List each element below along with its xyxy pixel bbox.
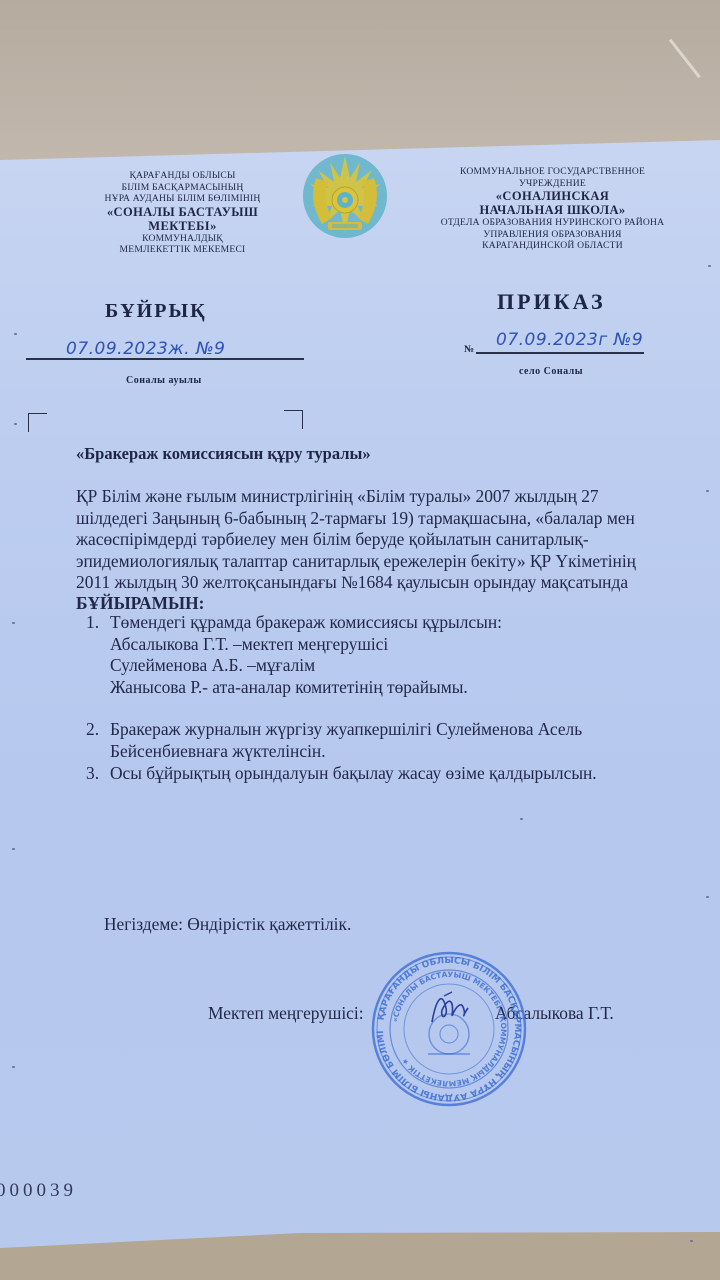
paper-speck bbox=[706, 896, 709, 898]
number-sign-ru: № bbox=[464, 344, 475, 355]
header-left-line: БІЛІМ БАСҚАРМАСЫНЫҢ bbox=[70, 182, 295, 194]
item-number: 3. bbox=[86, 763, 99, 785]
header-right-ru: КОММУНАЛЬНОЕ ГОСУДАРСТВЕННОЕ УЧРЕЖДЕНИЕ … bbox=[410, 166, 695, 252]
header-right-line: КОММУНАЛЬНОЕ ГОСУДАРСТВЕННОЕ bbox=[410, 166, 695, 178]
item-number: 1. bbox=[86, 612, 99, 634]
header-right-line: УПРАВЛЕНИЯ ОБРАЗОВАНИЯ bbox=[410, 229, 695, 241]
preamble-line: ҚР Білім және ғылым министрлігінің «Білі… bbox=[76, 486, 716, 508]
paper-speck bbox=[690, 1240, 693, 1242]
order-item-1: 1. Төмендегі құрамда бракераж комиссиясы… bbox=[110, 612, 716, 698]
date-underline-ru bbox=[476, 352, 644, 354]
paper-speck bbox=[12, 1066, 15, 1068]
header-right-line: ОТДЕЛА ОБРАЗОВАНИЯ НУРИНСКОГО РАЙОНА bbox=[410, 217, 695, 229]
header-right-line: УЧРЕЖДЕНИЕ bbox=[410, 178, 695, 190]
item-line: Бейсенбиевнаға жүктелінсін. bbox=[110, 741, 716, 763]
school-name-kz-2: МЕКТЕБІ» bbox=[70, 219, 295, 233]
school-name-kz: «СОНАЛЫ БАСТАУЫШ bbox=[70, 205, 295, 219]
preamble-line: жасөспірімдерді тәрбиелеу мен білім беру… bbox=[76, 529, 716, 551]
header-left-line: МЕМЛЕКЕТТІК МЕКЕМЕСІ bbox=[70, 244, 295, 256]
paper-speck bbox=[14, 423, 17, 425]
committee-member: Абсалыкова Г.Т. –мектеп меңгерушісі bbox=[110, 634, 716, 656]
place-ru: село Соналы bbox=[519, 366, 583, 377]
document-subject: «Бракераж комиссиясын құру туралы» bbox=[76, 444, 371, 464]
order-word: БҰЙЫРАМЫН: bbox=[76, 594, 716, 612]
preamble-line: эпидемиологиялық талаптар санитарлық ере… bbox=[76, 551, 716, 573]
preamble-line: шілдедегі Заңының 6-бабының 2-тармағы 19… bbox=[76, 508, 716, 530]
paper-speck bbox=[12, 848, 15, 850]
paper-speck bbox=[706, 490, 709, 492]
corner-bracket-right bbox=[284, 410, 303, 429]
paper-speck bbox=[520, 818, 523, 820]
header-left-line: КОММУНАЛДЫҚ bbox=[70, 233, 295, 245]
school-name-ru-2: НАЧАЛЬНАЯ ШКОЛА» bbox=[410, 203, 695, 217]
item-line: Төмендегі құрамда бракераж комиссиясы құ… bbox=[110, 612, 716, 634]
basis-line: Негіздеме: Өндірістік қажеттілік. bbox=[104, 914, 351, 935]
signatory-position: Мектеп меңгерушісі: bbox=[208, 1003, 364, 1024]
item-line: Бракераж журналын жүргізу жуапкершілігі … bbox=[110, 719, 716, 741]
item-number: 2. bbox=[86, 719, 99, 741]
handwritten-date-ru: 07.09.2023г №9 bbox=[496, 330, 643, 350]
paper-speck bbox=[14, 333, 17, 335]
school-name-ru: «СОНАЛИНСКАЯ bbox=[410, 189, 695, 203]
header-left-line: ҚАРАҒАНДЫ ОБЛЫСЫ bbox=[70, 170, 295, 182]
committee-member: Жанысова Р.- ата-аналар комитетінің төра… bbox=[110, 677, 716, 699]
item-line: Осы бұйрықтың орындалуын бақылау жасау ө… bbox=[110, 763, 716, 785]
header-left-line: НҰРА АУДАНЫ БІЛІМ БӨЛІМІНІҢ bbox=[70, 193, 295, 205]
serial-number: 000039 bbox=[0, 1180, 77, 1202]
state-emblem-icon bbox=[302, 148, 388, 244]
date-underline-kz bbox=[26, 358, 304, 360]
committee-member: Сулейменова А.Б. –мұғалім bbox=[110, 655, 716, 677]
preamble-line: 2011 жылдың 30 желтоқсанындағы №1684 қау… bbox=[76, 572, 716, 594]
document-body: ҚР Білім және ғылым министрлігінің «Білі… bbox=[76, 486, 716, 784]
official-stamp-icon: ҚАРАҒАНДЫ ОБЛЫСЫ БІЛІМ БАСҚАРМАСЫНЫҢ НҰР… bbox=[370, 950, 528, 1108]
order-item-3: 3. Осы бұйрықтың орындалуын бақылау жаса… bbox=[110, 763, 716, 785]
order-item-2: 2. Бракераж журналын жүргізу жуапкершілі… bbox=[110, 719, 716, 762]
header-left-kz: ҚАРАҒАНДЫ ОБЛЫСЫ БІЛІМ БАСҚАРМАСЫНЫҢ НҰР… bbox=[70, 170, 295, 256]
order-title-kz: БҰЙРЫҚ bbox=[105, 300, 207, 323]
order-title-ru: ПРИКАЗ bbox=[497, 289, 606, 315]
header-right-line: КАРАГАНДИНСКОЙ ОБЛАСТИ bbox=[410, 240, 695, 252]
corner-bracket-left bbox=[28, 413, 47, 432]
paper-speck bbox=[12, 622, 15, 624]
paper-speck bbox=[708, 265, 711, 267]
order-items-list: 1. Төмендегі құрамда бракераж комиссиясы… bbox=[76, 612, 716, 784]
svg-text:«СОНАЛЫ БАСТАУЫШ МЕКТЕБІ» КОММ: «СОНАЛЫ БАСТАУЫШ МЕКТЕБІ» КОММУНАЛДЫҚ МЕ… bbox=[390, 970, 508, 1088]
handwritten-date-kz: 07.09.2023ж. №9 bbox=[66, 339, 225, 359]
place-kz: Соналы ауылы bbox=[126, 375, 202, 386]
